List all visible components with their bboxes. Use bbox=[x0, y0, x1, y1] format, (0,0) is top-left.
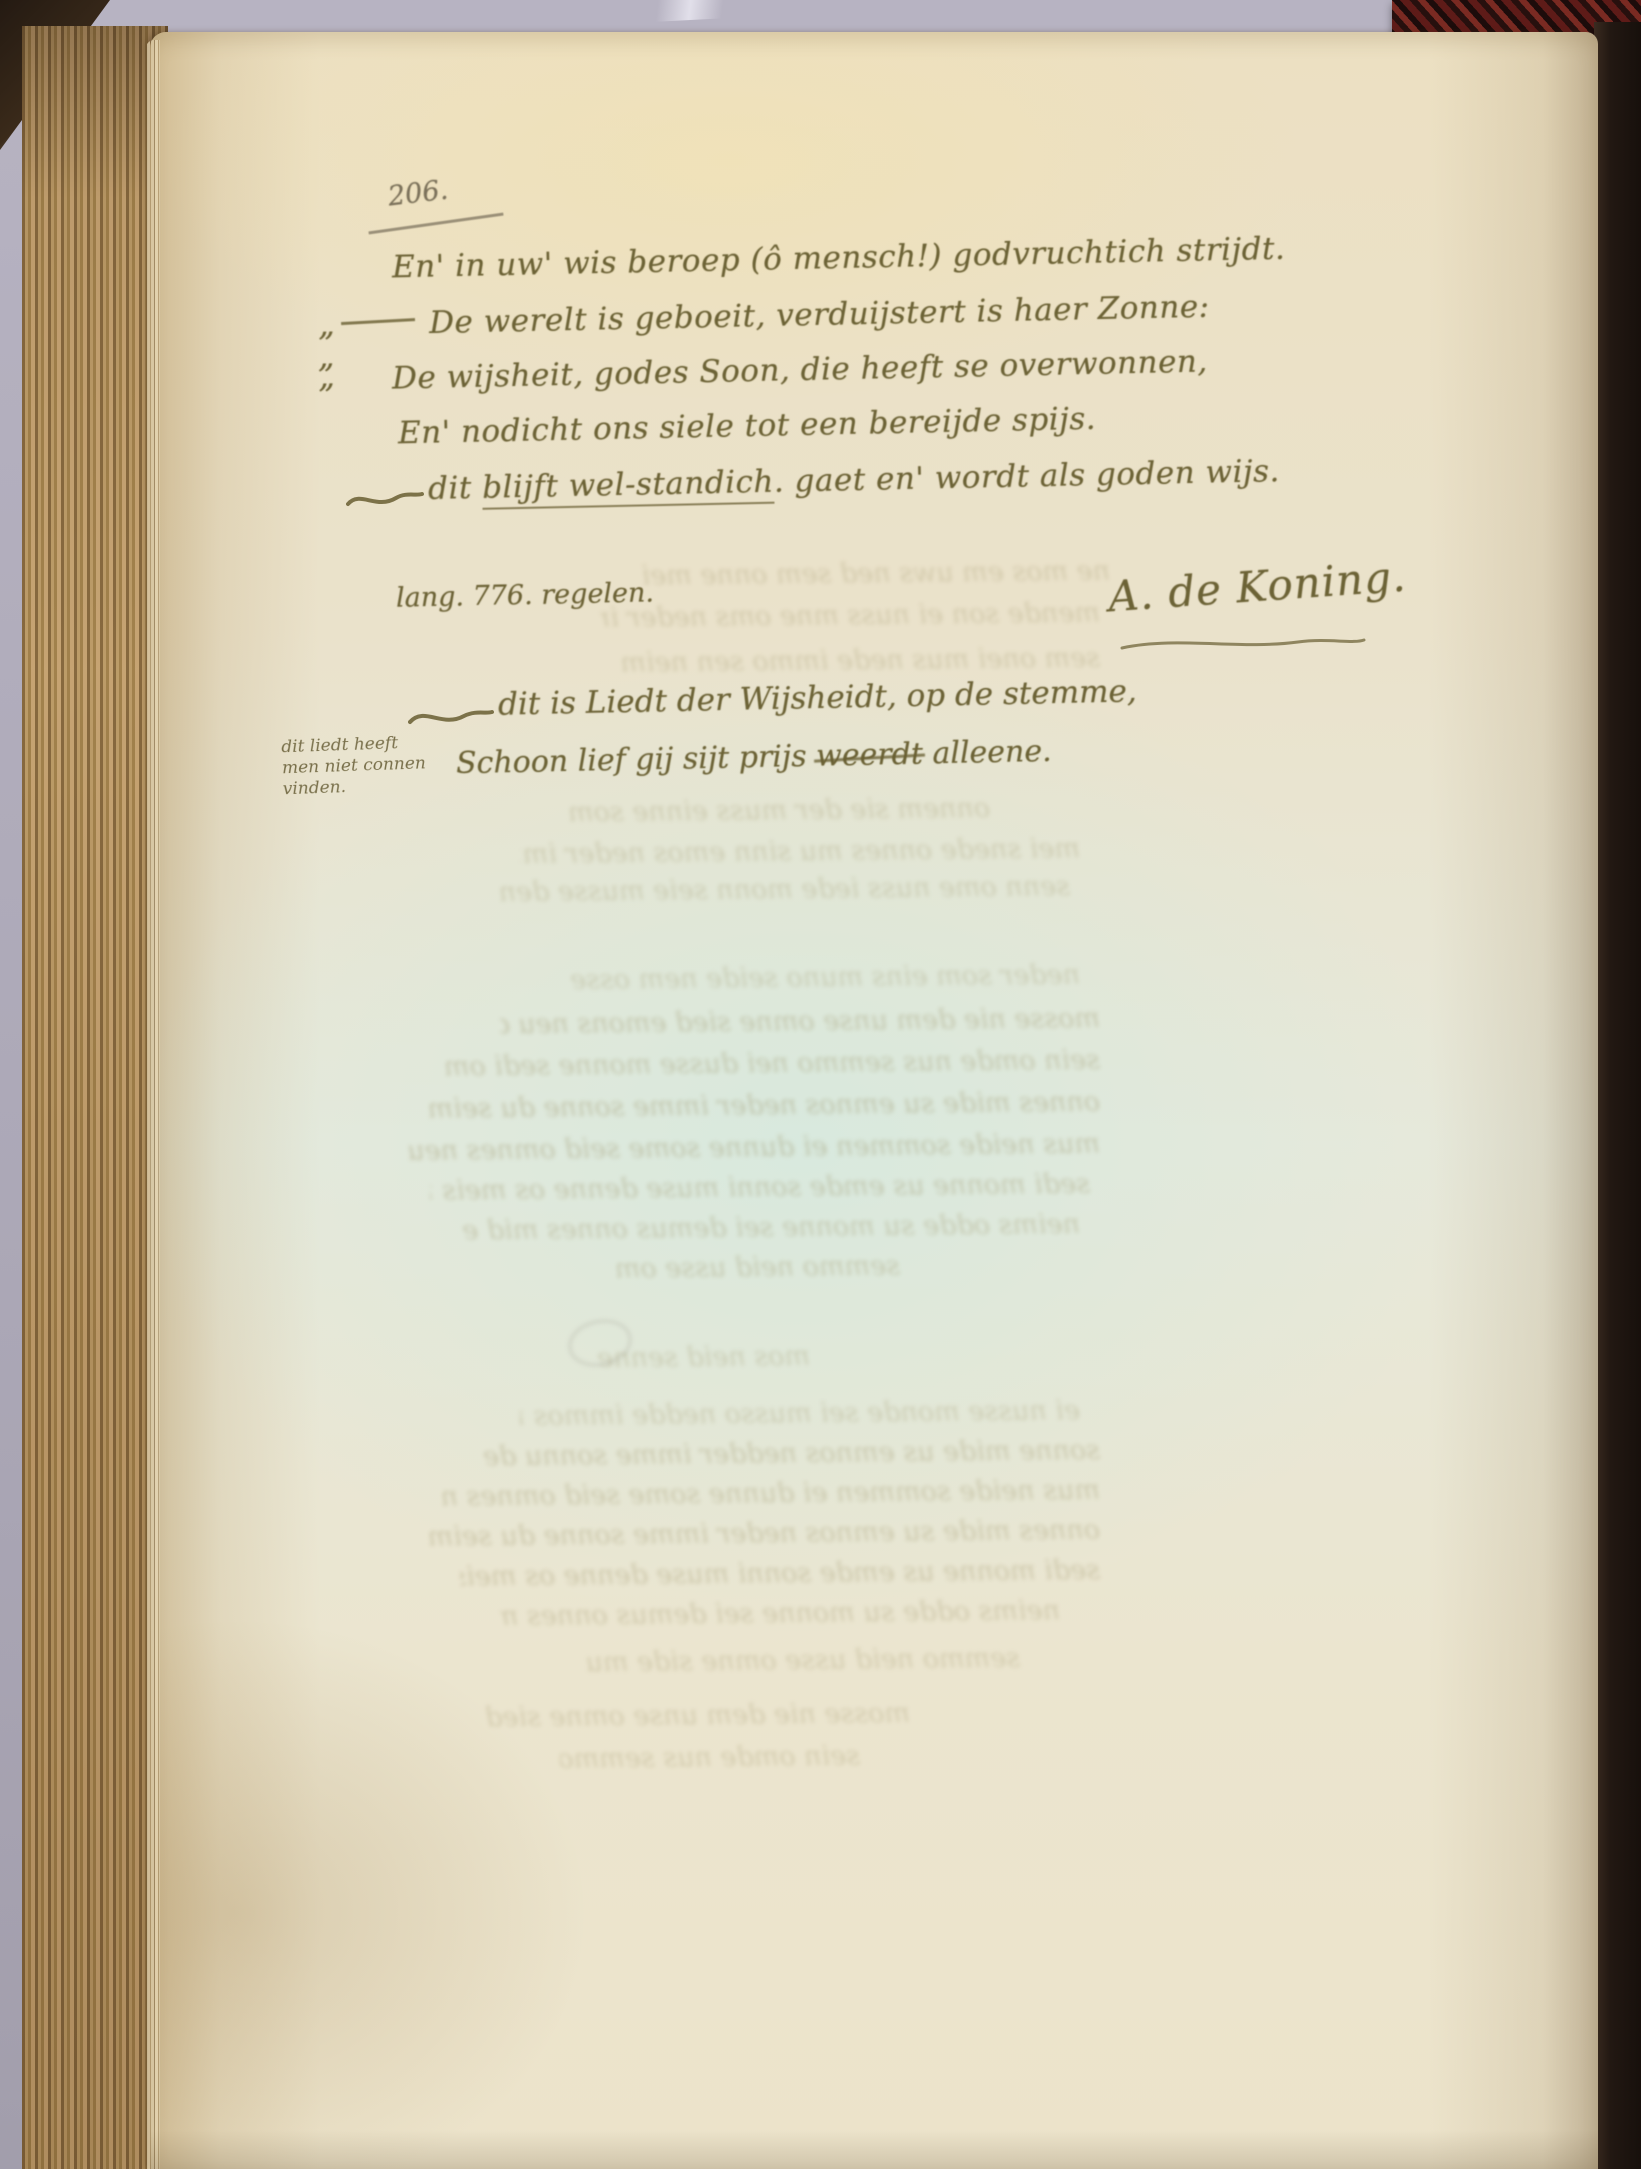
author-signature: A. de Koning. bbox=[1107, 552, 1408, 622]
tune-line-pre: Schoon lief gij sijt prijs bbox=[456, 739, 817, 782]
folio-underline-stroke bbox=[368, 213, 503, 235]
poem-line-5-post: . gaet en' wordt als goden wijs. bbox=[773, 453, 1280, 500]
poem-line-5-underlined: blijft wel-standich bbox=[482, 464, 775, 510]
tune-line-struck-word: weerdt bbox=[816, 736, 924, 773]
signature-flourish bbox=[1118, 636, 1368, 652]
poem-line-1: En' in uw' wis beroep (ô mensch!) godvru… bbox=[392, 231, 1286, 286]
poem-line-4: En' nodicht ons siele tot een bereijde s… bbox=[398, 401, 1097, 452]
lead-in-dash bbox=[341, 318, 415, 325]
tune-first-line: Schoon lief gij sijt prijs weerdt alleen… bbox=[456, 734, 1052, 781]
tune-line-post: alleene. bbox=[923, 734, 1052, 772]
poem-line-3: De wijsheit, godes Soon, die heeft se ov… bbox=[392, 343, 1208, 396]
margin-quote-marks: „ „ bbox=[318, 346, 335, 386]
swash-flourish bbox=[408, 704, 494, 728]
manuscript-photo: { "photo": { "fabric_color": "#aba7b6", … bbox=[0, 0, 1641, 2169]
poem-line-5-pre: dit bbox=[428, 470, 483, 507]
margin-quote-mark: „ bbox=[318, 366, 335, 386]
folio-number: 206. bbox=[386, 174, 449, 212]
poem-line-4-text: En' nodicht ons siele tot een bereijde s… bbox=[398, 401, 1097, 452]
length-note: lang. 776. regelen. bbox=[396, 577, 655, 613]
tune-heading: dit is Liedt der Wijsheidt, op de stemme… bbox=[498, 673, 1137, 722]
poem-line-1-text: En' in uw' wis beroep (ô mensch!) godvru… bbox=[392, 231, 1286, 286]
poem-line-2-text: De werelt is geboeit, verduijstert is ha… bbox=[429, 289, 1210, 341]
bottom-shadow bbox=[150, 2130, 1598, 2169]
swash-flourish bbox=[346, 488, 424, 510]
poem-line-2: „De werelt is geboeit, verduijstert is h… bbox=[318, 287, 1210, 344]
margin-annotation: dit liedt heeftmen niet connenvinden. bbox=[281, 731, 473, 801]
poem-line-3-text: De wijsheit, godes Soon, die heeft se ov… bbox=[392, 343, 1208, 396]
poem-line-5: dit blijft wel-standich. gaet en' wordt … bbox=[428, 453, 1280, 507]
handwriting-layer: 206. En' in uw' wis beroep (ô mensch!) g… bbox=[0, 0, 1641, 2169]
